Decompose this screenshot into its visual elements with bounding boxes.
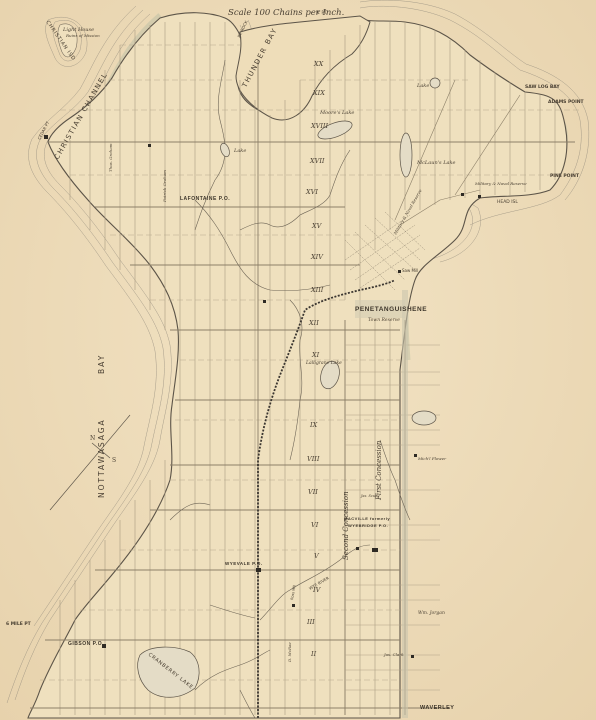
- moores-lake-label: Moore's Lake: [319, 110, 354, 116]
- lalligrane-lake-label: Lalligrane Lake: [305, 360, 342, 366]
- svg-text:II: II: [310, 650, 317, 658]
- adams-point-label: ADAMS POINT: [548, 99, 585, 105]
- nw-lake-label: Lake: [233, 148, 246, 154]
- bay-label: BAY: [97, 354, 106, 374]
- svg-text:XVII: XVII: [309, 157, 325, 165]
- second-concession-label: Second Concession: [342, 491, 350, 560]
- d-mcrae-label: D. McRae: [287, 642, 292, 663]
- svg-text:IX: IX: [309, 421, 318, 429]
- six-mile-point-label: 6 MILE PT: [6, 621, 32, 627]
- mclauns-lake-label: McLaun's Lake: [416, 160, 456, 166]
- svg-text:XVI: XVI: [305, 188, 318, 196]
- mclauns-lake: [400, 133, 412, 177]
- wyebridge-label: WYEBRIDGE P.O.: [348, 523, 388, 528]
- pine-point-label: PINE POINT: [550, 173, 580, 179]
- svg-text:XIII: XIII: [310, 286, 324, 294]
- svg-text:XI: XI: [311, 351, 320, 359]
- mich-flower-label: Mich'l Flower: [417, 456, 447, 461]
- historical-township-map: N S Scale 100 Chains per Inch. CHRISTIAN…: [0, 0, 596, 720]
- svg-text:XVIII: XVIII: [310, 122, 328, 130]
- mission-ruins-label: Ruins of Mission: [65, 33, 100, 38]
- compass-n-label: N: [90, 435, 95, 442]
- compass-s-label: S: [112, 457, 116, 464]
- svg-text:VIII: VIII: [307, 455, 320, 463]
- east-small-lake: [412, 411, 436, 425]
- saw-log-bay-label: SAW LOG BAY: [525, 84, 560, 90]
- penetanguishene-label: PENETANGUISHENE: [355, 306, 427, 313]
- nottawasaga-label: NOTTAWASAGA: [97, 418, 106, 498]
- first-concession-label: First Concession: [375, 440, 383, 501]
- lafontaine-label: LAFONTAINE P.O.: [180, 196, 230, 202]
- ne-lake: [430, 78, 440, 88]
- north-point-label: N. PT.: [316, 10, 327, 15]
- jas-clark-label: Jas. Clark: [383, 652, 404, 657]
- svg-text:XX: XX: [313, 60, 324, 68]
- macville-label: MACVILLE formerly: [344, 516, 390, 521]
- svg-text:VI: VI: [311, 521, 319, 529]
- svg-text:XIV: XIV: [310, 253, 324, 261]
- thos-graham-label: Thos. Graham: [108, 143, 113, 172]
- waverley-label: WAVERLEY: [420, 705, 454, 711]
- svg-text:XV: XV: [311, 222, 323, 230]
- saw-mill-label: Saw Mill: [402, 268, 418, 273]
- svg-text:III: III: [306, 618, 315, 626]
- svg-text:XII: XII: [308, 319, 319, 327]
- patrick-graham-label: Patrick Graham: [162, 170, 167, 203]
- wm-jorgan-label: Wm. Jorgan: [418, 610, 445, 616]
- svg-text:XIX: XIX: [312, 89, 325, 97]
- wyevale-label: WYEVALE P.O.: [225, 561, 263, 566]
- svg-text:VII: VII: [308, 488, 318, 496]
- head-isl-label: HEAD ISL: [497, 199, 518, 205]
- gibson-po-label: GIBSON P.O.: [68, 641, 104, 647]
- town-reserve-label: Town Reserve: [368, 317, 400, 323]
- military-reserve-ne-label: Military & Naval Reserve: [474, 181, 527, 186]
- ne-lake-label: Lake: [416, 83, 429, 89]
